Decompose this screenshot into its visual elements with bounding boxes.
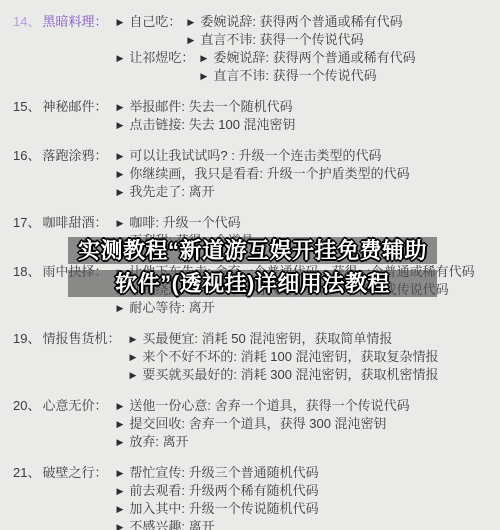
suboption-list: ▶委婉说辞: 获得两个普通或稀有代码▶直言不讳: 获得一个传说代码 bbox=[200, 49, 415, 85]
bullet-arrow-icon: ▶ bbox=[116, 183, 123, 201]
entry-name: 落跑涂鸦： bbox=[42, 148, 107, 163]
entry-name: 神秘邮件： bbox=[42, 99, 107, 114]
entry-options: ▶买最便宜: 消耗 50 混沌密钥，获取简单情报▶来个不好不坏的: 消耗 100… bbox=[129, 330, 438, 384]
entry-options: ▶举报邮件: 失去一个随机代码▶点击链接: 失去 100 混沌密钥 bbox=[116, 98, 295, 134]
option-text: 买最便宜: 消耗 50 混沌密钥，获取简单情报 bbox=[142, 330, 392, 348]
option-row: ▶帮忙宣传: 升级三个普通随机代码 bbox=[116, 464, 318, 482]
option-row: ▶我先走了: 离开 bbox=[116, 183, 409, 201]
guide-entry: 14、黑暗料理：▶自己吃：▶委婉说辞: 获得两个普通或稀有代码▶直言不讳: 获得… bbox=[13, 13, 500, 85]
suboption-text: 委婉说辞: 获得两个普通或稀有代码 bbox=[213, 49, 415, 67]
option-row: ▶要买就买最好的: 消耗 300 混沌密钥，获取机密情报 bbox=[129, 366, 438, 384]
option-text: 耐心等待: 离开 bbox=[129, 299, 214, 317]
guide-entry: 20、心意无价：▶送他一份心意: 舍弃一个道具，获得一个传说代码▶提交回收: 舍… bbox=[13, 397, 500, 451]
bullet-arrow-icon: ▶ bbox=[116, 232, 123, 250]
entry-label: 15、神秘邮件： bbox=[13, 98, 107, 116]
bullet-arrow-icon: ▶ bbox=[200, 67, 207, 85]
option-text: 提交回收: 舍弃一个道具，获得 300 混沌密钥 bbox=[129, 415, 386, 433]
option-row: ▶你继续画，我只是看看: 升级一个护盾类型的代码 bbox=[116, 165, 409, 183]
bullet-arrow-icon: ▶ bbox=[116, 299, 123, 317]
bullet-arrow-icon: ▶ bbox=[187, 13, 194, 31]
bullet-arrow-icon: ▶ bbox=[116, 49, 123, 67]
option-row: ▶耐心等待: 离开 bbox=[116, 299, 474, 317]
entry-name: 咖啡甜酒： bbox=[42, 215, 107, 230]
entry-options: ▶可以让我试试吗? : 升级一个连击类型的代码▶你继续画，我只是看看: 升级一个… bbox=[116, 147, 409, 201]
suboption-text: 委婉说辞: 获得两个普通或稀有代码 bbox=[200, 13, 402, 31]
option-text: 点击链接: 失去 100 混沌密钥 bbox=[129, 116, 295, 134]
entry-name: 破壁之行： bbox=[42, 465, 107, 480]
bullet-arrow-icon: ▶ bbox=[116, 482, 123, 500]
bullet-arrow-icon: ▶ bbox=[129, 348, 136, 366]
entry-number: 19、 bbox=[13, 331, 40, 346]
option-text: 帮忙宣传: 升级三个普通随机代码 bbox=[129, 464, 318, 482]
option-text: 放弃: 离开 bbox=[129, 433, 188, 451]
option-row: ▶送他一份心意: 舍弃一个道具，获得一个传说代码 bbox=[116, 397, 409, 415]
option-text: 前去观看: 升级两个稀有随机代码 bbox=[129, 482, 318, 500]
option-text: 不感兴趣: 离开 bbox=[129, 518, 214, 530]
guide-entry: 19、情报售货机：▶买最便宜: 消耗 50 混沌密钥，获取简单情报▶来个不好不坏… bbox=[13, 330, 500, 384]
entry-label: 18、雨中抉择： bbox=[13, 263, 107, 281]
bullet-arrow-icon: ▶ bbox=[116, 281, 123, 299]
suboption-text: 直言不讳: 获得一个传说代码 bbox=[200, 31, 363, 49]
bullet-arrow-icon: ▶ bbox=[116, 500, 123, 518]
option-row: ▶加入其中: 升级一个传说随机代码 bbox=[116, 500, 318, 518]
bullet-arrow-icon: ▶ bbox=[200, 49, 207, 67]
entry-label: 17、咖啡甜酒： bbox=[13, 214, 107, 232]
option-label: 自己吃： bbox=[129, 13, 181, 31]
entry-number: 20、 bbox=[13, 398, 40, 413]
option-row: ▶可以让我试试吗? : 升级一个连击类型的代码 bbox=[116, 147, 409, 165]
bullet-arrow-icon: ▶ bbox=[116, 116, 123, 134]
bullet-arrow-icon: ▶ bbox=[116, 263, 123, 281]
entry-number: 14、 bbox=[13, 14, 40, 29]
option-text: 百利甜: 获得一个道具 bbox=[129, 232, 253, 250]
entry-options: ▶自己吃：▶委婉说辞: 获得两个普通或稀有代码▶直言不讳: 获得一个传说代码▶让… bbox=[116, 13, 415, 85]
option-row: ▶点击链接: 失去 100 混沌密钥 bbox=[116, 116, 295, 134]
option-text: 加入其中: 升级一个传说随机代码 bbox=[129, 500, 318, 518]
bullet-arrow-icon: ▶ bbox=[129, 366, 136, 384]
bullet-arrow-icon: ▶ bbox=[116, 433, 123, 451]
entry-label: 20、心意无价： bbox=[13, 397, 107, 415]
option-label: 让祁煜吃： bbox=[129, 49, 194, 67]
option-row: ▶让祁煜吃：▶委婉说辞: 获得两个普通或稀有代码▶直言不讳: 获得一个传说代码 bbox=[116, 49, 415, 85]
bullet-arrow-icon: ▶ bbox=[116, 13, 123, 31]
bullet-arrow-icon: ▶ bbox=[187, 31, 194, 49]
option-row: ▶加钱绕道: 舍弃一个稀有代码，获得一个稀有或传说代码 bbox=[116, 281, 474, 299]
entry-options: ▶帮忙宣传: 升级三个普通随机代码▶前去观看: 升级两个稀有随机代码▶加入其中:… bbox=[116, 464, 318, 530]
option-text: 你继续画，我只是看看: 升级一个护盾类型的代码 bbox=[129, 165, 409, 183]
entry-number: 17、 bbox=[13, 215, 40, 230]
entry-number: 21、 bbox=[13, 465, 40, 480]
option-text: 可以让我试试吗? : 升级一个连击类型的代码 bbox=[129, 147, 381, 165]
guide-entry: 16、落跑涂鸦：▶可以让我试试吗? : 升级一个连击类型的代码▶你继续画，我只是… bbox=[13, 147, 500, 201]
option-row: ▶自己吃：▶委婉说辞: 获得两个普通或稀有代码▶直言不讳: 获得一个传说代码 bbox=[116, 13, 415, 49]
option-text: 举报邮件: 失去一个随机代码 bbox=[129, 98, 292, 116]
option-row: ▶前去观看: 升级两个稀有随机代码 bbox=[116, 482, 318, 500]
option-text: 我先走了: 离开 bbox=[129, 183, 214, 201]
entry-number: 18、 bbox=[13, 264, 40, 279]
entry-label: 21、破壁之行： bbox=[13, 464, 107, 482]
entry-name[interactable]: 黑暗料理： bbox=[42, 14, 107, 29]
option-text: 让他下车先走: 舍弃一个普通代码，获得一个普通或稀有代码 bbox=[129, 263, 474, 281]
bullet-arrow-icon: ▶ bbox=[129, 330, 136, 348]
option-row: ▶百利甜: 获得一个道具 bbox=[116, 232, 253, 250]
entry-number: 15、 bbox=[13, 99, 40, 114]
bullet-arrow-icon: ▶ bbox=[116, 415, 123, 433]
guide-entry: 21、破壁之行：▶帮忙宣传: 升级三个普通随机代码▶前去观看: 升级两个稀有随机… bbox=[13, 464, 500, 530]
guide-entry: 18、雨中抉择：▶让他下车先走: 舍弃一个普通代码，获得一个普通或稀有代码▶加钱… bbox=[13, 263, 500, 317]
guide-document: 14、黑暗料理：▶自己吃：▶委婉说辞: 获得两个普通或稀有代码▶直言不讳: 获得… bbox=[0, 0, 500, 530]
entry-options: ▶让他下车先走: 舍弃一个普通代码，获得一个普通或稀有代码▶加钱绕道: 舍弃一个… bbox=[116, 263, 474, 317]
option-row: ▶提交回收: 舍弃一个道具，获得 300 混沌密钥 bbox=[116, 415, 409, 433]
option-text: 加钱绕道: 舍弃一个稀有代码，获得一个稀有或传说代码 bbox=[129, 281, 448, 299]
bullet-arrow-icon: ▶ bbox=[116, 214, 123, 232]
option-text: 送他一份心意: 舍弃一个道具，获得一个传说代码 bbox=[129, 397, 409, 415]
option-row: ▶来个不好不坏的: 消耗 100 混沌密钥，获取复杂情报 bbox=[129, 348, 438, 366]
suboption-text: 直言不讳: 获得一个传说代码 bbox=[213, 67, 376, 85]
option-row: ▶举报邮件: 失去一个随机代码 bbox=[116, 98, 295, 116]
suboption-row: ▶委婉说辞: 获得两个普通或稀有代码 bbox=[187, 13, 402, 31]
bullet-arrow-icon: ▶ bbox=[116, 518, 123, 530]
bullet-arrow-icon: ▶ bbox=[116, 397, 123, 415]
suboption-row: ▶直言不讳: 获得一个传说代码 bbox=[187, 31, 402, 49]
bullet-arrow-icon: ▶ bbox=[116, 464, 123, 482]
guide-entry: 15、神秘邮件：▶举报邮件: 失去一个随机代码▶点击链接: 失去 100 混沌密… bbox=[13, 98, 500, 134]
bullet-arrow-icon: ▶ bbox=[116, 165, 123, 183]
entry-label: 14、黑暗料理： bbox=[13, 13, 107, 31]
entry-name: 雨中抉择： bbox=[42, 264, 107, 279]
bullet-arrow-icon: ▶ bbox=[116, 98, 123, 116]
guide-entry: 17、咖啡甜酒：▶咖啡: 升级一个代码▶百利甜: 获得一个道具 bbox=[13, 214, 500, 250]
suboption-row: ▶委婉说辞: 获得两个普通或稀有代码 bbox=[200, 49, 415, 67]
option-text: 要买就买最好的: 消耗 300 混沌密钥，获取机密情报 bbox=[142, 366, 438, 384]
entry-options: ▶送他一份心意: 舍弃一个道具，获得一个传说代码▶提交回收: 舍弃一个道具，获得… bbox=[116, 397, 409, 451]
entry-name: 心意无价： bbox=[42, 398, 107, 413]
entry-name: 情报售货机： bbox=[42, 331, 120, 346]
entry-label: 19、情报售货机： bbox=[13, 330, 120, 348]
option-row: ▶买最便宜: 消耗 50 混沌密钥，获取简单情报 bbox=[129, 330, 438, 348]
option-row: ▶不感兴趣: 离开 bbox=[116, 518, 318, 530]
option-row: ▶咖啡: 升级一个代码 bbox=[116, 214, 253, 232]
option-text: 咖啡: 升级一个代码 bbox=[129, 214, 240, 232]
option-row: ▶让他下车先走: 舍弃一个普通代码，获得一个普通或稀有代码 bbox=[116, 263, 474, 281]
option-row: ▶放弃: 离开 bbox=[116, 433, 409, 451]
suboption-list: ▶委婉说辞: 获得两个普通或稀有代码▶直言不讳: 获得一个传说代码 bbox=[187, 13, 402, 49]
entry-label: 16、落跑涂鸦： bbox=[13, 147, 107, 165]
option-text: 来个不好不坏的: 消耗 100 混沌密钥，获取复杂情报 bbox=[142, 348, 438, 366]
entry-options: ▶咖啡: 升级一个代码▶百利甜: 获得一个道具 bbox=[116, 214, 253, 250]
suboption-row: ▶直言不讳: 获得一个传说代码 bbox=[200, 67, 415, 85]
bullet-arrow-icon: ▶ bbox=[116, 147, 123, 165]
entry-number: 16、 bbox=[13, 148, 40, 163]
